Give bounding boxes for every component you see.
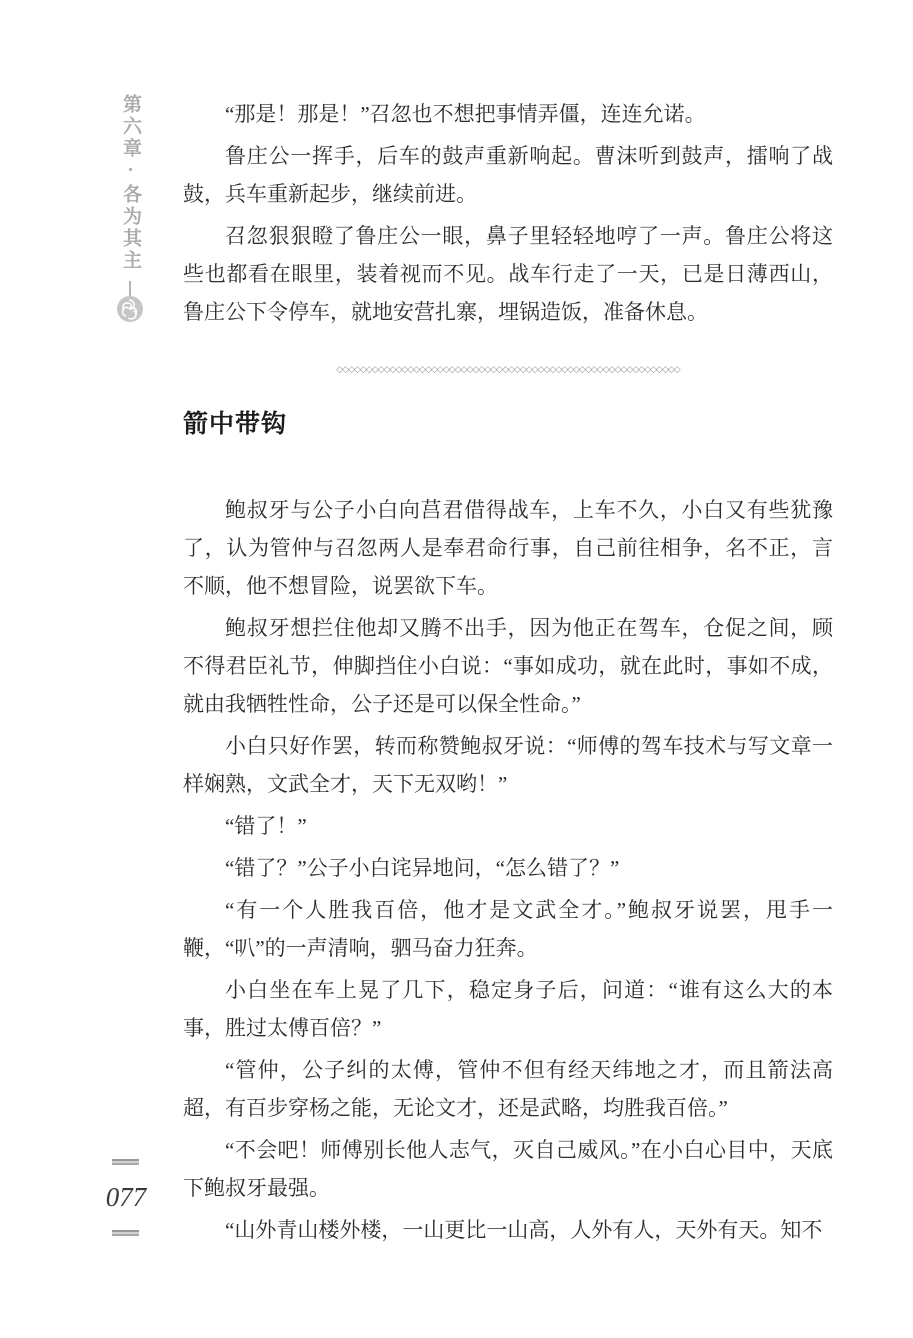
paragraph: “管仲，公子纠的太傅，管仲不但有经天纬地之才，而且箭法高超，有百步穿杨之能，无论… <box>183 1051 833 1127</box>
body-text-column: “那是！那是！”召忽也不想把事情弄僵，连连允诺。 鲁庄公一挥手，后车的鼓声重新响… <box>183 95 833 1253</box>
paragraph: “错了！” <box>183 807 833 845</box>
pagenum-rule-top <box>112 1159 139 1165</box>
paragraph: “有一个人胜我百倍，他才是文武全才。”鲍叔牙说罢，甩手一鞭，“叭”的一声清响，驷… <box>183 891 833 967</box>
paragraph: “错了？”公子小白诧异地问，“怎么错了？” <box>183 849 833 887</box>
paragraph: “那是！那是！”召忽也不想把事情弄僵，连连允诺。 <box>183 95 833 133</box>
paragraph: 小白坐在车上晃了几下，稳定身子后，问道：“谁有这么大的本事，胜过太傅百倍？” <box>183 971 833 1047</box>
paragraph: 鲍叔牙与公子小白向莒君借得战车，上车不久，小白又有些犹豫了，认为管仲与召忽两人是… <box>183 491 833 605</box>
chapter-sidebar: 第六章·各为其主 <box>112 94 148 277</box>
paragraph: 鲁庄公一挥手，后车的鼓声重新响起。曹沫听到鼓声，擂响了战鼓，兵车重新起步，继续前… <box>183 137 833 213</box>
paragraph: 召忽狠狠瞪了鲁庄公一眼，鼻子里轻轻地哼了一声。鲁庄公将这些也都看在眼里，装着视而… <box>183 217 833 331</box>
pagenum-rule-bottom <box>112 1230 139 1236</box>
paragraph: 小白只好作罢，转而称赞鲍叔牙说：“师傅的驾车技术与写文章一样娴熟，文武全才，天下… <box>183 727 833 803</box>
chapter-title: 第六章·各为其主 <box>112 94 148 272</box>
seal-ornament-icon <box>116 295 144 323</box>
paragraph: 鲍叔牙想拦住他却又腾不出手，因为他正在驾车，仓促之间，顾不得君臣礼节，伸脚挡住小… <box>183 609 833 723</box>
book-page: 第六章·各为其主 077 “那是！那是！”召忽也不想把事情弄僵，连连允诺。 鲁庄… <box>0 0 913 1338</box>
paragraph: “不会吧！师傅别长他人志气，灭自己威风。”在小白心目中，天底下鲍叔牙最强。 <box>183 1131 833 1207</box>
ornament-divider: ◇◇◇◇◇◇◇◇◇◇◇◇◇◇◇◇◇◇◇◇◇◇◇◇◇◇◇◇◇◇◇◇◇◇◇◇◇◇◇◇… <box>183 363 833 377</box>
page-number: 077 <box>100 1182 152 1212</box>
paragraph: “山外青山楼外楼，一山更比一山高，人外有人，天外有天。知不 <box>183 1211 833 1249</box>
section-heading: 箭中带钩 <box>183 409 833 439</box>
